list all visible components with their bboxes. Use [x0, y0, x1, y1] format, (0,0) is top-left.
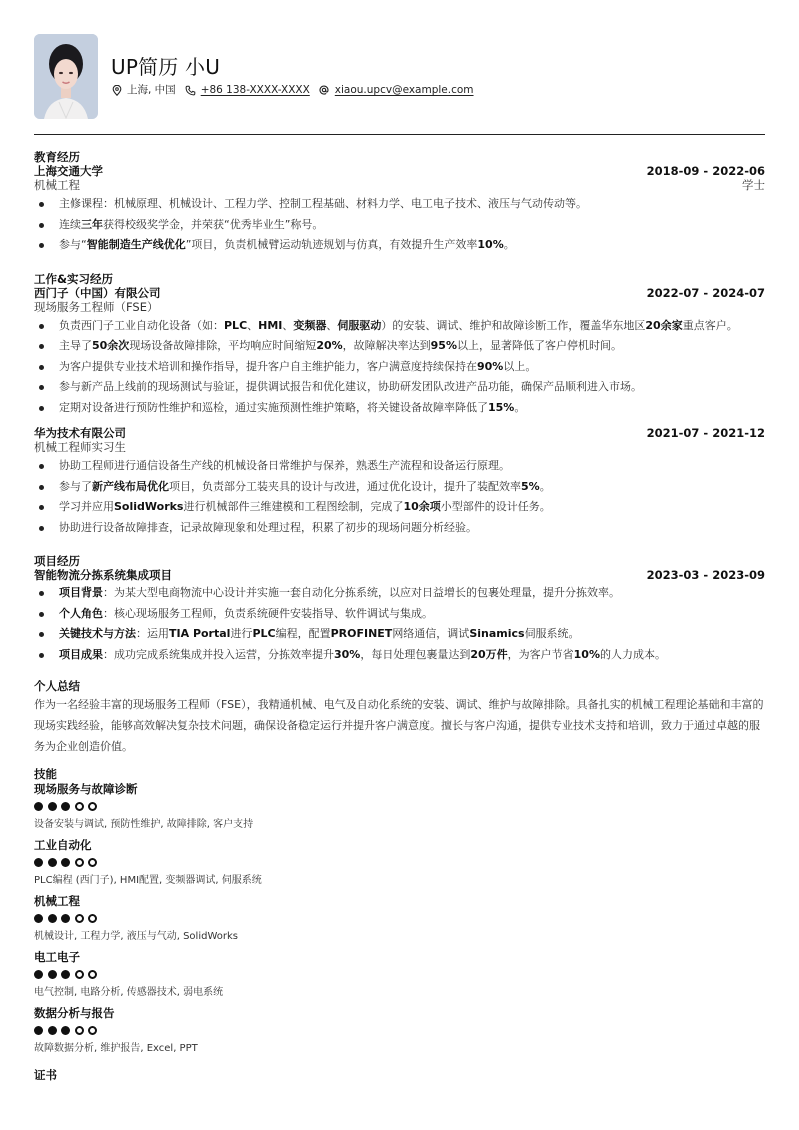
work-bullets: 负责西门子工业自动化设备（如：PLC、HMI、变频器、伺服驱动）的安装、调试、维… [34, 318, 765, 415]
resume-header: UP简历 小U 上海, 中国 +86 138-XXXX-XXXX [34, 34, 765, 120]
work-entry-sub: 现场服务工程师（FSE） [34, 300, 765, 315]
phone-link[interactable]: +86 138-XXXX-XXXX [201, 83, 310, 97]
empty-dot-icon [75, 802, 84, 811]
skill-item: 机械工程机械设计, 工程力学, 液压与气动, SolidWorks [34, 894, 765, 944]
empty-dot-icon [88, 1026, 97, 1035]
bullet-item: 参与了新产线布局优化项目，负责部分工装夹具的设计与改进，通过优化设计，提升了装配… [34, 479, 765, 494]
project-dates: 2023-03 - 2023-09 [647, 568, 765, 582]
filled-dot-icon [48, 858, 57, 867]
filled-dot-icon [61, 914, 70, 923]
filled-dot-icon [34, 802, 43, 811]
education-entry-sub: 机械工程 学士 [34, 178, 765, 193]
email-link[interactable]: xiaou.upcv@example.com [335, 83, 474, 97]
skill-keywords: 机械设计, 工程力学, 液压与气动, SolidWorks [34, 930, 765, 944]
skill-item: 工业自动化PLC编程 (西门子), HMI配置, 变频器调试, 伺服系统 [34, 838, 765, 888]
skill-name: 机械工程 [34, 894, 765, 909]
project-entry-header: 智能物流分拣系统集成项目 2023-03 - 2023-09 [34, 568, 765, 582]
phone-icon [185, 85, 196, 96]
empty-dot-icon [75, 1026, 84, 1035]
section-certificates: 证书 [34, 1068, 765, 1082]
bullet-item: 项目成果：成功完成系统集成并投入运营，分拣效率提升30%，每日处理包裹量达到20… [34, 647, 765, 662]
skill-keywords: 故障数据分析, 维护报告, Excel, PPT [34, 1042, 765, 1056]
section-title: 技能 [34, 767, 765, 781]
candidate-name: UP简历 小U [111, 54, 483, 80]
skill-name: 数据分析与报告 [34, 1006, 765, 1021]
bullet-item: 主导了50余次现场设备故障排除，平均响应时间缩短20%，故障解决率达到95%以上… [34, 338, 765, 353]
school-name: 上海交通大学 [34, 164, 103, 178]
filled-dot-icon [34, 970, 43, 979]
empty-dot-icon [88, 858, 97, 867]
filled-dot-icon [61, 1026, 70, 1035]
section-summary: 个人总结 作为一名经验丰富的现场服务工程师（FSE），我精通机械、电气及自动化系… [34, 679, 765, 757]
filled-dot-icon [61, 970, 70, 979]
degree: 学士 [742, 178, 765, 193]
skills-list: 现场服务与故障诊断设备安装与调试, 预防性维护, 故障排除, 客户支持工业自动化… [34, 782, 765, 1056]
section-title: 个人总结 [34, 679, 765, 693]
skill-level-rating [34, 858, 765, 868]
profile-photo [34, 34, 98, 119]
bullet-item: 为客户提供专业技术培训和操作指导，提升客户自主维护能力，客户满意度持续保持在90… [34, 359, 765, 374]
work-dates: 2021-07 - 2021-12 [647, 426, 765, 440]
skill-level-rating [34, 914, 765, 924]
bullet-item: 参与“智能制造生产线优化”项目，负责机械臂运动轨迹规划与仿真，有效提升生产效率1… [34, 237, 765, 252]
empty-dot-icon [88, 914, 97, 923]
filled-dot-icon [48, 1026, 57, 1035]
work-dates: 2022-07 - 2024-07 [647, 286, 765, 300]
filled-dot-icon [61, 802, 70, 811]
empty-dot-icon [88, 802, 97, 811]
section-title: 项目经历 [34, 554, 765, 568]
empty-dot-icon [75, 970, 84, 979]
bullet-item: 协助进行设备故障排查，记录故障现象和处理过程，积累了初步的现场问题分析经验。 [34, 520, 765, 535]
section-education: 教育经历 上海交通大学 2018-09 - 2022-06 机械工程 学士 主修… [34, 150, 765, 252]
skill-item: 现场服务与故障诊断设备安装与调试, 预防性维护, 故障排除, 客户支持 [34, 782, 765, 832]
filled-dot-icon [61, 858, 70, 867]
filled-dot-icon [34, 858, 43, 867]
education-dates: 2018-09 - 2022-06 [647, 164, 765, 178]
filled-dot-icon [48, 802, 57, 811]
map-pin-icon [111, 85, 122, 96]
skill-name: 工业自动化 [34, 838, 765, 853]
section-skills: 技能 现场服务与故障诊断设备安装与调试, 预防性维护, 故障排除, 客户支持工业… [34, 767, 765, 1056]
skill-level-rating [34, 1026, 765, 1036]
location-text: 上海, 中国 [127, 83, 176, 97]
bullet-item: 负责西门子工业自动化设备（如：PLC、HMI、变频器、伺服驱动）的安装、调试、维… [34, 318, 765, 333]
phone-item[interactable]: +86 138-XXXX-XXXX [185, 83, 310, 97]
bullet-item: 学习并应用SolidWorks进行机械部件三维建模和工程图绘制，完成了10余项小… [34, 499, 765, 514]
section-projects: 项目经历 智能物流分拣系统集成项目 2023-03 - 2023-09 项目背景… [34, 554, 765, 662]
filled-dot-icon [34, 1026, 43, 1035]
work-entry-header: 西门子（中国）有限公司 2022-07 - 2024-07 [34, 286, 765, 300]
skill-level-rating [34, 802, 765, 812]
work-entry-sub: 机械工程师实习生 [34, 440, 765, 455]
bullet-item: 关键技术与方法：运用TIA Portal进行PLC编程，配置PROFINET网络… [34, 626, 765, 641]
empty-dot-icon [88, 970, 97, 979]
location-item: 上海, 中国 [111, 83, 176, 97]
job-role: 现场服务工程师（FSE） [34, 300, 158, 315]
company-name: 华为技术有限公司 [34, 426, 126, 440]
major: 机械工程 [34, 178, 80, 193]
skill-name: 现场服务与故障诊断 [34, 782, 765, 797]
summary-text: 作为一名经验丰富的现场服务工程师（FSE），我精通机械、电气及自动化系统的安装、… [34, 694, 765, 757]
skill-level-rating [34, 970, 765, 980]
section-work: 工作&实习经历 西门子（中国）有限公司 2022-07 - 2024-07 现场… [34, 272, 765, 535]
skill-keywords: 电气控制, 电路分析, 传感器技术, 弱电系统 [34, 986, 765, 1000]
filled-dot-icon [48, 970, 57, 979]
header-divider [34, 134, 765, 135]
education-bullets: 主修课程：机械原理、机械设计、工程力学、控制工程基础、材料力学、电工电子技术、液… [34, 196, 765, 252]
bullet-item: 个人角色：核心现场服务工程师，负责系统硬件安装指导、软件调试与集成。 [34, 606, 765, 621]
resume-page: UP简历 小U 上海, 中国 +86 138-XXXX-XXXX [34, 34, 765, 120]
bullet-item: 主修课程：机械原理、机械设计、工程力学、控制工程基础、材料力学、电工电子技术、液… [34, 196, 765, 211]
work-bullets: 协助工程师进行通信设备生产线的机械设备日常维护与保养，熟悉生产流程和设备运行原理… [34, 458, 765, 535]
work-entry-header: 华为技术有限公司 2021-07 - 2021-12 [34, 426, 765, 440]
contact-row: 上海, 中国 +86 138-XXXX-XXXX xiaou.upcv@exam… [111, 83, 483, 97]
bullet-item: 协助工程师进行通信设备生产线的机械设备日常维护与保养，熟悉生产流程和设备运行原理… [34, 458, 765, 473]
skill-item: 电工电子电气控制, 电路分析, 传感器技术, 弱电系统 [34, 950, 765, 1000]
project-bullets: 项目背景：为某大型电商物流中心设计并实施一套自动化分拣系统，以应对日益增长的包裹… [34, 585, 765, 662]
bullet-item: 参与新产品上线前的现场测试与验证，提供调试报告和优化建议，协助研发团队改进产品功… [34, 379, 765, 394]
job-role: 机械工程师实习生 [34, 440, 126, 455]
education-entry-header: 上海交通大学 2018-09 - 2022-06 [34, 164, 765, 178]
project-name: 智能物流分拣系统集成项目 [34, 568, 172, 582]
company-name: 西门子（中国）有限公司 [34, 286, 161, 300]
at-sign-icon [319, 85, 330, 96]
section-title: 教育经历 [34, 150, 765, 164]
skill-keywords: PLC编程 (西门子), HMI配置, 变频器调试, 伺服系统 [34, 874, 765, 888]
empty-dot-icon [75, 914, 84, 923]
filled-dot-icon [48, 914, 57, 923]
section-title: 证书 [34, 1068, 765, 1082]
section-title: 工作&实习经历 [34, 272, 765, 286]
skill-item: 数据分析与报告故障数据分析, 维护报告, Excel, PPT [34, 1006, 765, 1056]
skill-keywords: 设备安装与调试, 预防性维护, 故障排除, 客户支持 [34, 818, 765, 832]
filled-dot-icon [34, 914, 43, 923]
empty-dot-icon [75, 858, 84, 867]
bullet-item: 项目背景：为某大型电商物流中心设计并实施一套自动化分拣系统，以应对日益增长的包裹… [34, 585, 765, 600]
email-item[interactable]: xiaou.upcv@example.com [319, 83, 474, 97]
bullet-item: 定期对设备进行预防性维护和巡检，通过实施预测性维护策略，将关键设备故障率降低了1… [34, 400, 765, 415]
skill-name: 电工电子 [34, 950, 765, 965]
resume-sections: 教育经历 上海交通大学 2018-09 - 2022-06 机械工程 学士 主修… [34, 150, 765, 1082]
bullet-item: 连续三年获得校级奖学金，并荣获“优秀毕业生”称号。 [34, 217, 765, 232]
